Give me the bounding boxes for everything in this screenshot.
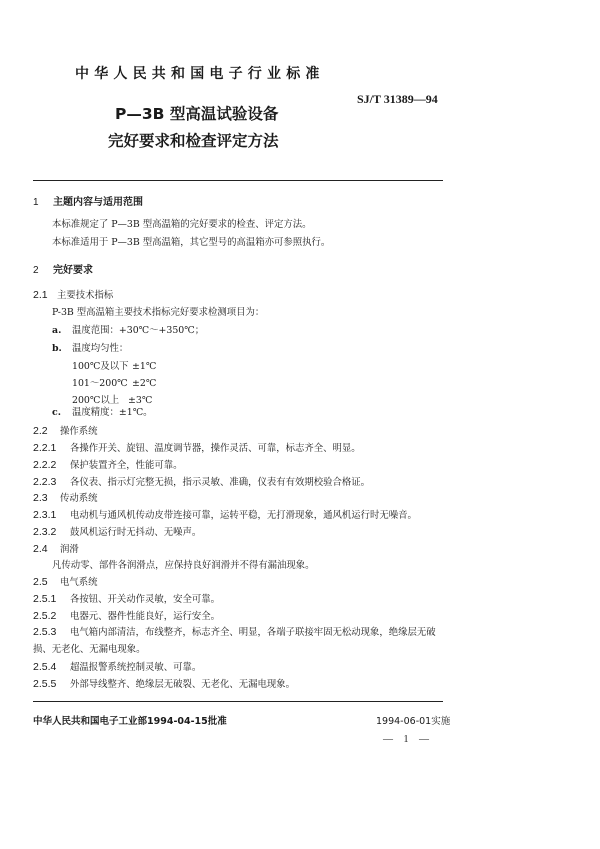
bottom-divider — [33, 701, 443, 702]
subsection-2-5-heading: 2.5电气系统 — [33, 576, 98, 589]
approval-note: 中华人民共和国电子工业部1994-04-15批准 — [33, 713, 227, 727]
effective-date: 1994-06-01实施 — [376, 713, 450, 727]
clause-2-5-3: 2.5.3电气箱内部清洁，布线整齐，标志齐全、明显，各端子联接牢固无松动现象，绝… — [33, 626, 436, 639]
standard-body-header: 中华人民共和国电子行业标准 — [75, 63, 325, 83]
clause-number: 2.2.2 — [33, 459, 70, 471]
tolerance: ±2℃ — [132, 378, 156, 389]
subsection-2-4-heading: 2.4润滑 — [33, 543, 79, 556]
document-title-line1: P—3B 型高温试验设备 — [115, 102, 278, 124]
uniformity-row: 100℃及以下±1℃ — [72, 361, 156, 373]
section-2-heading: 2完好要求 — [33, 261, 93, 276]
subsection-2-4-body: 凡传动零、部件各润滑点，应保持良好润滑并不得有漏油现象。 — [52, 560, 315, 572]
clause-number: 2.2.1 — [33, 442, 70, 454]
clause-number: 2.3.1 — [33, 509, 70, 521]
tolerance: ±3℃ — [128, 395, 152, 406]
clause-text: 各操作开关、旋钮、温度调节器，操作灵活、可靠，标志齐全、明显。 — [70, 443, 361, 454]
clause-2-2-2: 2.2.2保护装置齐全，性能可靠。 — [33, 459, 183, 472]
subsection-title: 主要技术指标 — [57, 290, 113, 301]
clause-text: 外部导线整齐、绝缘层无破裂、无老化、无漏电现象。 — [70, 679, 295, 690]
clause-text: 电器元、器件性能良好，运行安全。 — [70, 611, 220, 622]
top-divider — [33, 180, 443, 181]
temperature-range: 200℃以上 — [72, 395, 128, 407]
uniformity-row: 101～200℃±2℃ — [72, 378, 156, 390]
subsection-number: 2.2 — [33, 425, 60, 437]
item-c: c.温度精度：±1℃。 — [52, 407, 153, 419]
section-title: 主题内容与适用范围 — [53, 197, 143, 208]
clause-text: 鼓风机运行时无抖动、无噪声。 — [70, 527, 201, 538]
clause-2-2-3: 2.2.3各仪表、指示灯完整无损，指示灵敏、准确，仪表有有效期校验合格证。 — [33, 476, 370, 489]
clause-number: 2.5.4 — [33, 661, 70, 673]
item-label: a. — [52, 325, 72, 337]
section-1-para-2: 本标准适用于 P—3B 型高温箱，其它型号的高温箱亦可参照执行。 — [52, 237, 330, 249]
clause-number: 2.5.1 — [33, 593, 70, 605]
uniformity-row: 200℃以上±3℃ — [72, 395, 152, 407]
clause-number: 2.3.2 — [33, 526, 70, 538]
temperature-range: 100℃及以下 — [72, 361, 132, 373]
item-text: 温度精度：±1℃。 — [72, 407, 153, 418]
clause-text: 各仪表、指示灯完整无损，指示灵敏、准确，仪表有有效期校验合格证。 — [70, 477, 370, 488]
clause-number: 2.2.3 — [33, 476, 70, 488]
subsection-title: 操作系统 — [60, 426, 98, 437]
standard-code: SJ/T 31389—94 — [357, 92, 438, 107]
tolerance: ±1℃ — [132, 361, 156, 372]
section-number: 2 — [33, 265, 53, 276]
clause-number: 2.5.2 — [33, 610, 70, 622]
document-title-line2: 完好要求和检查评定方法 — [108, 129, 279, 151]
section-number: 1 — [33, 197, 53, 208]
item-label: b. — [52, 343, 72, 355]
item-b: b.温度均匀性： — [52, 343, 128, 355]
subsection-title: 传动系统 — [60, 493, 98, 504]
subsection-number: 2.1 — [33, 289, 57, 301]
section-1-heading: 1主题内容与适用范围 — [33, 193, 143, 208]
subsection-number: 2.4 — [33, 543, 60, 555]
subsection-title: 润滑 — [60, 544, 79, 555]
clause-text: 保护装置齐全，性能可靠。 — [70, 460, 183, 471]
clause-2-5-2: 2.5.2电器元、器件性能良好，运行安全。 — [33, 610, 220, 623]
subsection-number: 2.5 — [33, 576, 60, 588]
temperature-range: 101～200℃ — [72, 378, 132, 390]
clause-text: 各按钮、开关动作灵敏，安全可靠。 — [70, 594, 220, 605]
section-1-para-1: 本标准规定了 P—3B 型高温箱的完好要求的检查、评定方法。 — [52, 219, 312, 231]
clause-2-2-1: 2.2.1各操作开关、旋钮、温度调节器，操作灵活、可靠，标志齐全、明显。 — [33, 442, 361, 455]
page-number: — 1 — — [383, 734, 433, 745]
clause-2-5-4: 2.5.4超温报警系统控制灵敏、可靠。 — [33, 661, 201, 674]
clause-2-5-5: 2.5.5外部导线整齐、绝缘层无破裂、无老化、无漏电现象。 — [33, 678, 295, 691]
clause-number: 2.5.3 — [33, 626, 70, 638]
clause-2-5-3-continuation: 损、无老化、无漏电现象。 — [33, 644, 146, 656]
clause-2-5-1: 2.5.1各按钮、开关动作灵敏，安全可靠。 — [33, 593, 220, 606]
subsection-2-3-heading: 2.3传动系统 — [33, 492, 98, 505]
clause-2-3-2: 2.3.2鼓风机运行时无抖动、无噪声。 — [33, 526, 201, 539]
clause-text: 电气箱内部清洁，布线整齐，标志齐全、明显，各端子联接牢固无松动现象，绝缘层无破 — [70, 627, 436, 638]
clause-2-3-1: 2.3.1电动机与通风机传动皮带连接可靠，运转平稳，无打滑现象，通风机运行时无噪… — [33, 509, 417, 522]
subsection-2-1-intro: P-3B 型高温箱主要技术指标完好要求检测项目为： — [52, 307, 264, 319]
item-text: 温度均匀性： — [72, 343, 128, 354]
item-text: 温度范围：+30℃～+350℃； — [72, 325, 204, 336]
clause-number: 2.5.5 — [33, 678, 70, 690]
clause-text: 超温报警系统控制灵敏、可靠。 — [70, 662, 201, 673]
section-title: 完好要求 — [53, 265, 93, 276]
subsection-2-1-heading: 2.1主要技术指标 — [33, 289, 113, 302]
item-label: c. — [52, 407, 72, 419]
item-a: a.温度范围：+30℃～+350℃； — [52, 325, 204, 337]
subsection-2-2-heading: 2.2操作系统 — [33, 425, 98, 438]
clause-text: 电动机与通风机传动皮带连接可靠，运转平稳，无打滑现象，通风机运行时无噪音。 — [70, 510, 417, 521]
subsection-title: 电气系统 — [60, 577, 98, 588]
subsection-number: 2.3 — [33, 492, 60, 504]
